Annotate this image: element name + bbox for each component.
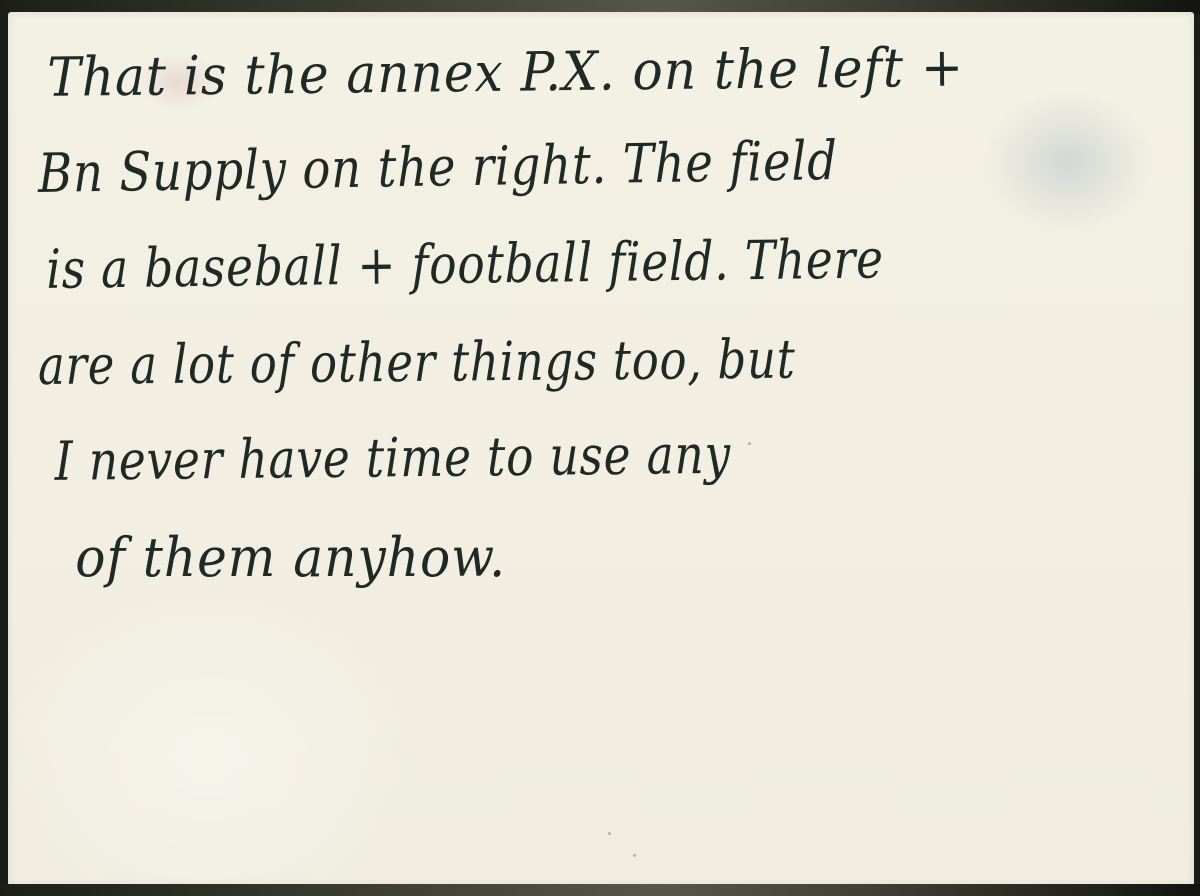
handwritten-text: That is the annex P.X. on the left + Bn … (38, 30, 1168, 606)
handwritten-line: is a baseball + football field. There (38, 210, 988, 318)
paper-speck (608, 832, 611, 835)
paper-speck (633, 854, 636, 857)
note-card: That is the annex P.X. on the left + Bn … (8, 12, 1194, 886)
handwritten-line: I never have time to use any (38, 404, 988, 510)
handwritten-line: That is the annex P.X. on the left + (38, 18, 1090, 126)
handwritten-line: are a lot of other things too, but (38, 310, 976, 414)
handwritten-line: Bn Supply on the right. The field (37, 110, 1010, 222)
background-edge-bottom (0, 884, 1200, 896)
handwritten-line: of them anyhow. (38, 510, 1089, 606)
